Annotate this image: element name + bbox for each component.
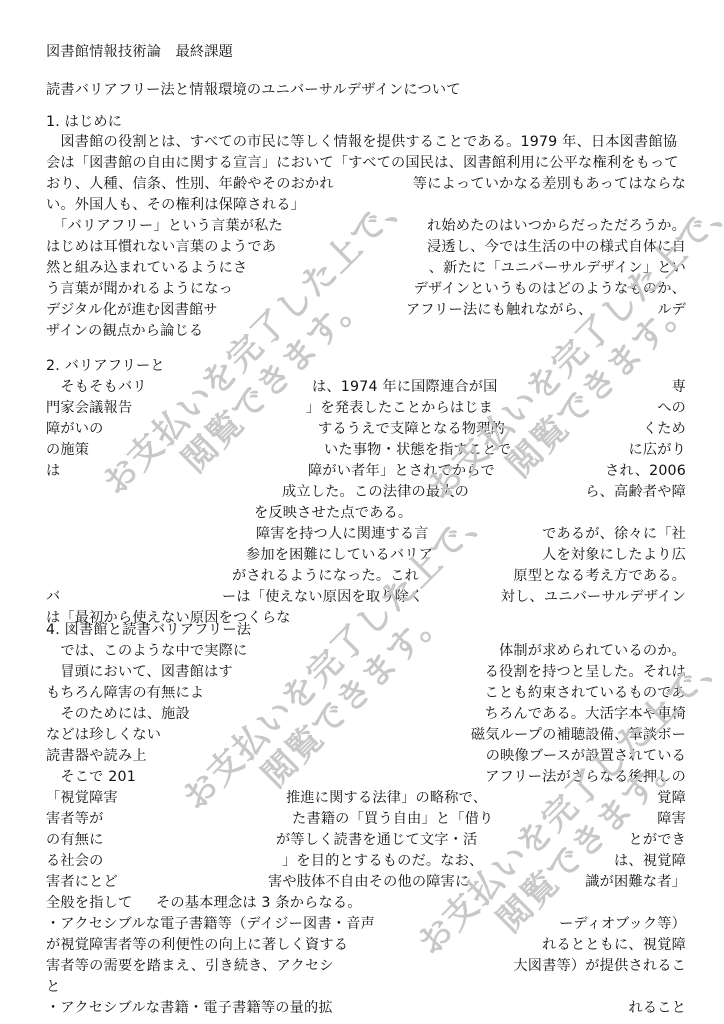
text-line: る社会の」を目的とするものだ。なお、は、視覚障	[46, 851, 686, 871]
text-segment-left: 図書館の役割とは、すべての市民に等しく情報を提供することである。1979 年、日…	[46, 132, 677, 152]
text-segment-middle: いた事物・状態を指すことで	[324, 440, 511, 460]
text-segment-left: では、このような中で実際に	[46, 641, 247, 661]
text-line: の有無にが等しく読書を通じて文字・活とができ	[46, 830, 686, 850]
text-segment-left: る社会の	[46, 851, 104, 871]
text-segment-left: 読書器や読み上	[46, 746, 147, 766]
text-segment-middle: 推進に関する法律」の略称で、	[286, 788, 487, 808]
document-page: 図書館情報技術論 最終課題 読書バリアフリー法と情報環境のユニバーサルデザインに…	[0, 0, 724, 1024]
text-line: う言葉が聞かれるようになっデザインというものはどのようなものか、	[46, 279, 686, 299]
text-segment-right: 大図書等）が提供されるこ	[513, 956, 686, 976]
text-segment-right: 識が困難な者」	[585, 872, 686, 892]
text-line: ザインの観点から論じる	[46, 321, 686, 341]
text-segment-left: の有無に	[46, 830, 104, 850]
text-segment-middle: を反映させた点である。	[254, 503, 412, 523]
text-segment-right: に広がり	[628, 440, 686, 460]
text-segment-right: 体制が求められているのか。	[499, 641, 686, 661]
text-line: を反映させた点である。	[46, 503, 686, 523]
text-line: 然と組み込まれているようにさ、新たに「ユニバーサルデザイン」とい	[46, 258, 686, 278]
text-segment-left: そのためには、施設	[46, 704, 190, 724]
text-segment-middle: が等しく読書を通じて文字・活	[276, 830, 477, 850]
text-segment-right: ことも約束されているものであ	[485, 683, 686, 703]
text-segment-middle: するうえで支障となる物理的	[318, 419, 505, 439]
text-segment-left: う言葉が聞かれるようになっ	[46, 279, 233, 299]
text-segment-left: 全般を指して	[46, 893, 132, 913]
text-segment-right: れ始めたのはいつからだっただろうか。	[427, 216, 686, 236]
text-segment-left: 害者等が	[46, 809, 104, 829]
text-segment-middle: 」を発表したことからはじま	[306, 398, 493, 418]
text-segment-right: ら、高齢者や障	[585, 482, 686, 502]
text-segment-left: 冒頭において、図書館はす	[46, 662, 233, 682]
text-segment-left: ・アクセシブルな電子書籍等（デイジー図書・音声	[46, 914, 375, 934]
text-line: もちろん障害の有無によことも約束されているものであ	[46, 683, 686, 703]
text-line: 1. はじめに	[46, 112, 686, 132]
text-segment-left: 害者にとど	[46, 872, 118, 892]
text-segment-left: 「バリアフリー」という言葉が私た	[46, 216, 283, 236]
text-segment-left: が視覚障害者等の利便性の向上に著しく資する	[46, 935, 348, 955]
text-line: 図書館の役割とは、すべての市民に等しく情報を提供することである。1979 年、日…	[46, 132, 686, 152]
text-segment-right: くため	[643, 419, 686, 439]
text-segment-left: 会は「図書館の自由に関する宣言」において「すべての国民は、図書館利用に公平な権利…	[46, 153, 679, 173]
text-segment-left: 4. 図書館と読書バリアフリー法	[46, 620, 251, 640]
text-line: デジタル化が進む図書館サアフリー法にも触れながら、 ルデ	[46, 300, 686, 320]
text-line: 参加を困難にしているバリア人を対象にしたより広	[46, 545, 686, 565]
text-segment-right: 磁気ループの補聴設備、筆談ボー	[471, 725, 686, 745]
text-segment-right: への	[657, 398, 686, 418]
text-segment-left: そもそもバリ	[46, 377, 147, 397]
text-segment-right: 対し、ユニバーサルデザイン	[501, 587, 686, 607]
text-line: の施策いた事物・状態を指すことでに広がり	[46, 440, 686, 460]
text-segment-middle: がされるようになった。これ	[232, 566, 419, 586]
text-line: は障がい者年」とされてからでされ、2006	[46, 461, 686, 481]
text-segment-middle: た書籍の「買う自由」と「借り	[292, 809, 493, 829]
text-line: はじめは耳慣れない言葉のようであ浸透し、今では生活の中の様式自体に自	[46, 237, 686, 257]
text-line: おり、人種、信条、性別、年齢やそのおかれ等によっていかなる差別もあってはならな	[46, 174, 686, 194]
text-segment-left: おり、人種、信条、性別、年齢やそのおかれ	[46, 174, 334, 194]
text-segment-right: 浸透し、今では生活の中の様式自体に自	[427, 237, 686, 257]
text-segment-left: もちろん障害の有無によ	[46, 683, 204, 703]
text-line: 2. バリアフリーと	[46, 356, 686, 376]
text-segment-middle: は、1974 年に国際連合が国	[312, 377, 498, 397]
course-title: 図書館情報技術論 最終課題	[46, 42, 686, 62]
text-segment-middle: 障害を持つ人に関連する言	[256, 524, 429, 544]
text-line: 門家会議報告」を発表したことからはじまへの	[46, 398, 686, 418]
text-segment-left: 2. バリアフリーと	[46, 356, 165, 376]
text-segment-right: 原型となる考え方である。	[513, 566, 686, 586]
text-line: 4. 図書館と読書バリアフリー法	[46, 620, 686, 640]
text-segment-right: デザインというものはどのようなものか、	[414, 279, 686, 299]
text-segment-middle: 障がい者年」とされてからで	[308, 461, 495, 481]
text-segment-left: はじめは耳慣れない言葉のようであ	[46, 237, 276, 257]
text-segment-left: 門家会議報告	[46, 398, 132, 418]
text-segment-right: アフリー法がさらなる後押しの	[485, 767, 686, 787]
text-segment-right: され、2006	[605, 461, 686, 481]
text-segment-right: の映像ブースが設置されている	[486, 746, 686, 766]
text-line: ・アクセシブルな書籍・電子書籍等の量的拡れること	[46, 998, 686, 1018]
text-segment-middle: 」を目的とするものだ。なお、	[282, 851, 483, 871]
text-segment-left: そこで 201	[46, 767, 136, 787]
text-segment-middle: その基本理念は 3 条からなる。	[156, 893, 362, 913]
text-line: ・アクセシブルな電子書籍等（デイジー図書・音声ーディオブック等）	[46, 914, 686, 934]
text-segment-right: アフリー法にも触れながら、 ルデ	[406, 300, 686, 320]
text-line: などは珍しくない磁気ループの補聴設備、筆談ボー	[46, 725, 686, 745]
text-segment-right: 障害	[657, 809, 686, 829]
text-line: と	[46, 977, 686, 997]
text-segment-right: は、視覚障	[614, 851, 686, 871]
text-segment-left: は	[46, 461, 60, 481]
text-segment-middle: 参加を困難にしているバリア	[246, 545, 433, 565]
text-line: が視覚障害者等の利便性の向上に著しく資するれるとともに、視覚障	[46, 935, 686, 955]
text-segment-left: の施策	[46, 440, 89, 460]
text-line: い。外国人も、その権利は保障される」	[46, 195, 686, 215]
text-line: そもそもバリは、1974 年に国際連合が国専	[46, 377, 686, 397]
text-segment-left: 害者等の需要を踏まえ、引き続き、アクセシ	[46, 956, 334, 976]
text-segment-right: ちろんである。大活字本や車椅	[485, 704, 686, 724]
text-segment-left: 然と組み込まれているようにさ	[46, 258, 247, 278]
text-segment-right: であるが、徐々に「社	[542, 524, 686, 544]
text-segment-middle: 害や肢体不自由その他の障害に	[268, 872, 469, 892]
text-segment-left: デジタル化が進む図書館サ	[46, 300, 218, 320]
text-segment-left: と	[46, 977, 60, 997]
text-line: 成立した。この法律の最大のら、高齢者や障	[46, 482, 686, 502]
text-line: 冒頭において、図書館はする役割を持つと呈した。それは	[46, 662, 686, 682]
text-line: そのためには、施設ちろんである。大活字本や車椅	[46, 704, 686, 724]
text-line: がされるようになった。これ原型となる考え方である。	[46, 566, 686, 586]
text-line: では、このような中で実際に体制が求められているのか。	[46, 641, 686, 661]
text-segment-right: 専	[672, 377, 686, 397]
paper-title: 読書バリアフリー法と情報環境のユニバーサルデザインについて	[46, 80, 686, 100]
text-line: 害者等がた書籍の「買う自由」と「借り障害	[46, 809, 686, 829]
text-segment-right: ーディオブック等）	[559, 914, 686, 934]
text-segment-left: ザインの観点から論じる	[46, 321, 203, 341]
text-segment-left: ・アクセシブルな書籍・電子書籍等の量的拡	[46, 998, 333, 1018]
text-segment-right: る役割を持つと呈した。それは	[485, 662, 686, 682]
text-line: 会は「図書館の自由に関する宣言」において「すべての国民は、図書館利用に公平な権利…	[46, 153, 686, 173]
text-segment-left: バ	[46, 587, 60, 607]
text-segment-left: 「視覚障害	[46, 788, 118, 808]
text-segment-left: い。外国人も、その権利は保障される」	[46, 195, 305, 215]
text-line: そこで 201アフリー法がさらなる後押しの	[46, 767, 686, 787]
text-segment-left: 1. はじめに	[46, 112, 122, 132]
text-segment-middle: ーは「使えない原因を取り除く	[222, 587, 423, 607]
text-segment-right: れること	[628, 998, 686, 1018]
text-line: 読書器や読み上の映像ブースが設置されている	[46, 746, 686, 766]
text-segment-right: 覚障	[657, 788, 686, 808]
text-segment-right: とができ	[628, 830, 686, 850]
text-line: 全般を指してその基本理念は 3 条からなる。	[46, 893, 686, 913]
text-line: 害者等の需要を踏まえ、引き続き、アクセシ大図書等）が提供されるこ	[46, 956, 686, 976]
text-line: 害者にとど害や肢体不自由その他の障害に識が困難な者」	[46, 872, 686, 892]
text-segment-left: 障がいの	[46, 419, 104, 439]
text-segment-right: 人を対象にしたより広	[542, 545, 686, 565]
text-segment-middle: 成立した。この法律の最大の	[282, 482, 469, 502]
text-line: 「バリアフリー」という言葉が私たれ始めたのはいつからだっただろうか。	[46, 216, 686, 236]
text-line: 障害を持つ人に関連する言であるが、徐々に「社	[46, 524, 686, 544]
text-line: 「視覚障害推進に関する法律」の略称で、覚障	[46, 788, 686, 808]
text-line: バーは「使えない原因を取り除く対し、ユニバーサルデザイン	[46, 587, 686, 607]
text-segment-right: 等によっていかなる差別もあってはならな	[413, 174, 686, 194]
text-segment-right: れるとともに、視覚障	[542, 935, 686, 955]
text-segment-right: 、新たに「ユニバーサルデザイン」とい	[429, 258, 686, 278]
text-segment-left: などは珍しくない	[46, 725, 161, 745]
text-line: 障がいのするうえで支障となる物理的くため	[46, 419, 686, 439]
